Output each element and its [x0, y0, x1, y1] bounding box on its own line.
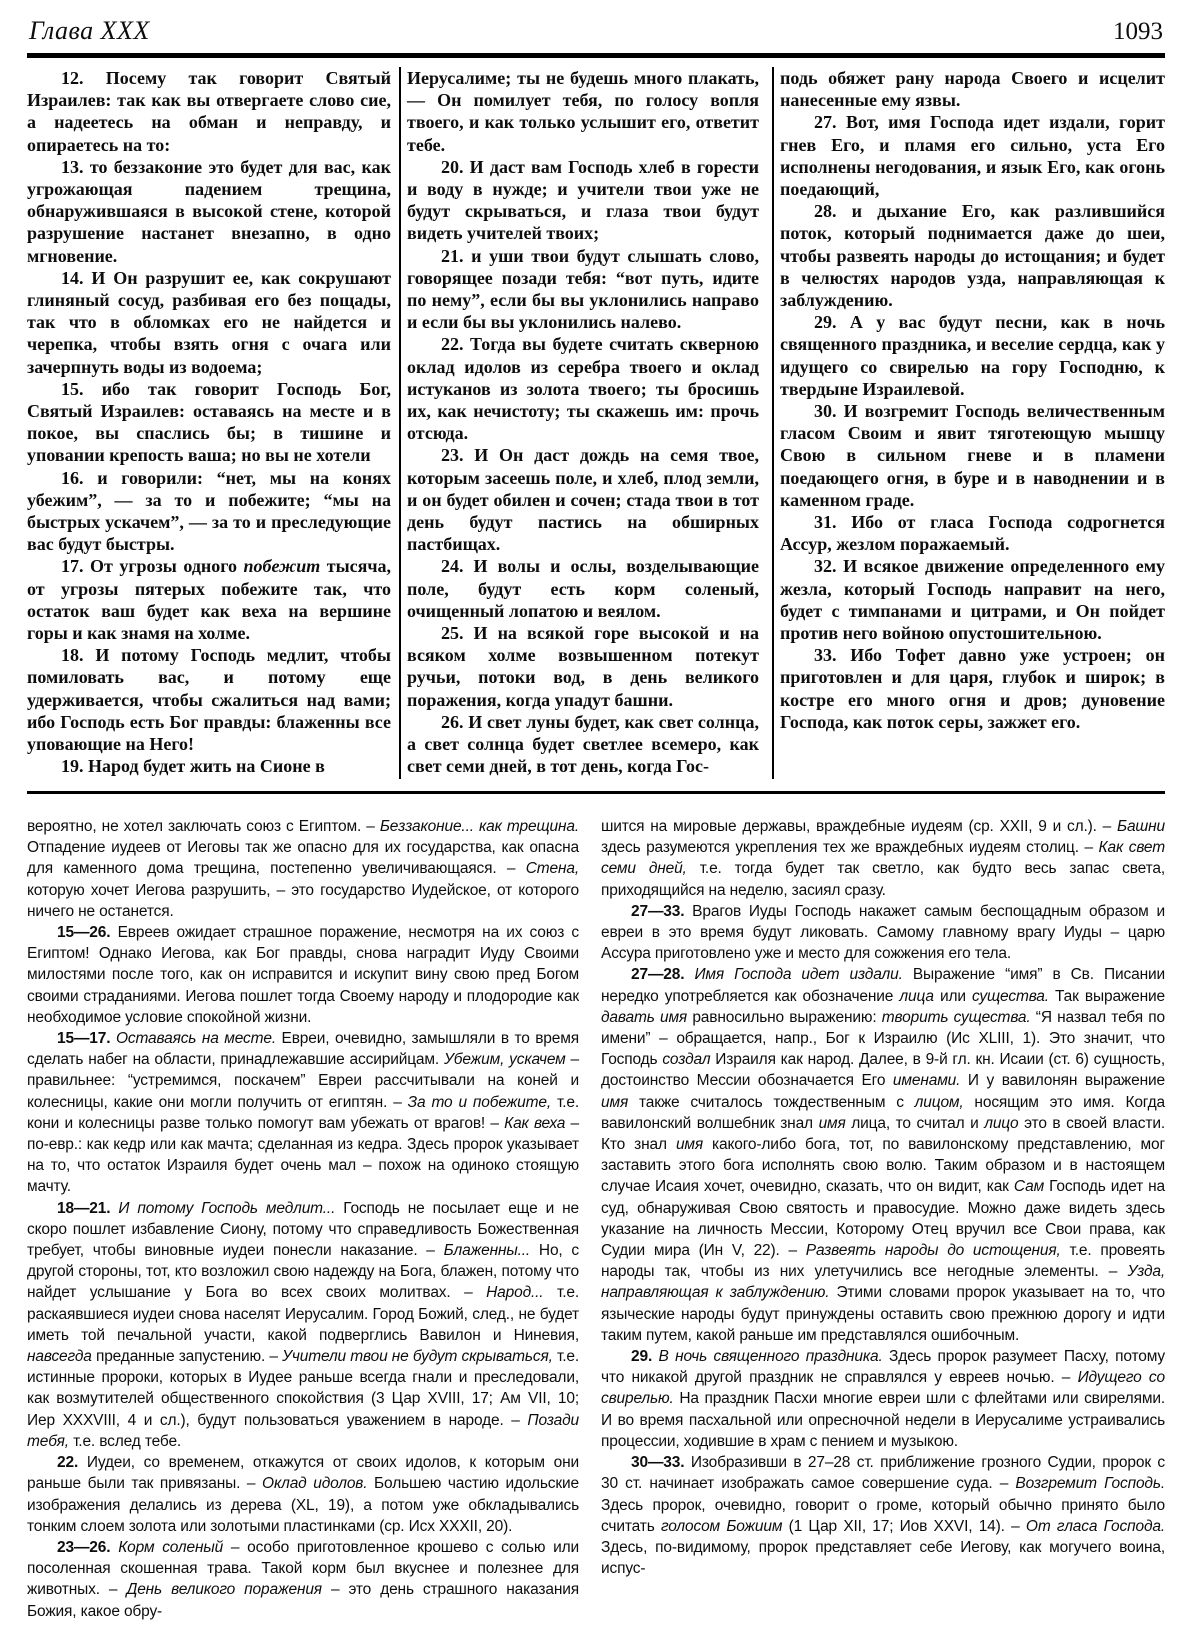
bible-verse-paragraph: 33. Ибо Тофет давно уже устроен; он приг…: [780, 644, 1165, 733]
bible-verse-paragraph: 22. Тогда вы будете считать скверною окл…: [407, 333, 759, 444]
commentary-paragraph: 30—33. Изобразивши в 27–28 ст. приближен…: [601, 1452, 1165, 1579]
bible-verse-paragraph: Иерусалиме; ты не будешь много плакать, …: [407, 67, 759, 156]
bible-verse-paragraph: 16. и говорили: “нет, мы на конях убежим…: [27, 467, 391, 556]
bible-verse-paragraph: 18. И потому Господь медлит, чтобы помил…: [27, 644, 391, 755]
bible-verse-paragraph: 32. И всякое движение определенного ему …: [780, 555, 1165, 644]
bible-verse-paragraph: 12. Посему так говорит Святый Израилев: …: [27, 67, 391, 156]
commentary-paragraph: вероятно, не хотел заключать союз с Егип…: [27, 816, 579, 922]
commentary-column-1: вероятно, не хотел заключать союз с Егип…: [27, 816, 579, 1622]
commentary-section: вероятно, не хотел заключать союз с Егип…: [27, 794, 1165, 1622]
commentary-paragraph: 29. В ночь священного праздника. Здесь п…: [601, 1346, 1165, 1452]
bible-verse-paragraph: 30. И возгремит Господь величественным г…: [780, 400, 1165, 511]
bible-verse-paragraph: 25. И на всякой горе высокой и на всяком…: [407, 622, 759, 711]
bible-verse-paragraph: подь обяжет рану народа Своего и исцелит…: [780, 67, 1165, 111]
bible-verse-paragraph: 31. Ибо от гласа Господа содрогнется Асс…: [780, 511, 1165, 555]
bible-verse-paragraph: 21. и уши твои будут слышать слово, гово…: [407, 245, 759, 334]
commentary-paragraph: 27—28. Имя Господа идет издали. Выражени…: [601, 964, 1165, 1346]
commentary-paragraph: 18—21. И потому Господь медлит... Господ…: [27, 1198, 579, 1452]
page-header: Глава XXX 1093: [27, 14, 1165, 46]
commentary-column-2: шится на мировые державы, враждебные иуд…: [601, 816, 1165, 1622]
commentary-paragraph: 27—33. Врагов Иуды Господь накажет самым…: [601, 901, 1165, 965]
bible-verse-paragraph: 29. А у вас будут песни, как в ночь свящ…: [780, 311, 1165, 400]
column-divider-rule: [399, 67, 401, 779]
bible-verse-paragraph: 23. И Он даст дождь на семя твое, которы…: [407, 444, 759, 555]
book-page: Глава XXX 1093 12. Посему так говорит Св…: [0, 0, 1189, 1630]
bible-verse-paragraph: 19. Народ будет жить на Сионе в: [27, 755, 391, 777]
bible-verse-paragraph: 28. и дыхание Его, как разлившийся поток…: [780, 200, 1165, 311]
bible-verse-paragraph: 15. ибо так говорит Господь Бог, Святый …: [27, 378, 391, 467]
bible-text-section: 12. Посему так говорит Святый Израилев: …: [27, 58, 1165, 779]
bible-verse-paragraph: 27. Вот, имя Господа идет издали, горит …: [780, 111, 1165, 200]
commentary-paragraph: шится на мировые державы, враждебные иуд…: [601, 816, 1165, 901]
bible-verse-paragraph: 14. И Он разрушит ее, как сокрушают глин…: [27, 267, 391, 378]
commentary-paragraph: 23—26. Корм соленый – особо приготовленн…: [27, 1537, 579, 1622]
chapter-title: Глава XXX: [29, 16, 150, 46]
bible-verse-paragraph: 13. то беззаконие это будет для вас, как…: [27, 156, 391, 267]
bible-column-3: подь обяжет рану народа Своего и исцелит…: [780, 67, 1165, 779]
commentary-paragraph: 22. Иудеи, со временем, откажутся от сво…: [27, 1452, 579, 1537]
bible-column-2: Иерусалиме; ты не будешь много плакать, …: [407, 67, 759, 779]
page-number: 1093: [1113, 18, 1163, 46]
bible-verse-paragraph: 20. И даст вам Господь хлеб в горести и …: [407, 156, 759, 245]
bible-column-1: 12. Посему так говорит Святый Израилев: …: [27, 67, 391, 779]
column-divider-rule: [772, 67, 774, 779]
commentary-paragraph: 15—26. Евреев ожидает страшное поражение…: [27, 922, 579, 1028]
bible-verse-paragraph: 26. И свет луны будет, как свет солнца, …: [407, 711, 759, 778]
bible-verse-paragraph: 24. И волы и ослы, возделывающие поле, б…: [407, 555, 759, 622]
bible-verse-paragraph: 17. От угрозы одного побежит тысяча, от …: [27, 555, 391, 644]
commentary-paragraph: 15—17. Оставаясь на месте. Евреи, очевид…: [27, 1028, 579, 1198]
